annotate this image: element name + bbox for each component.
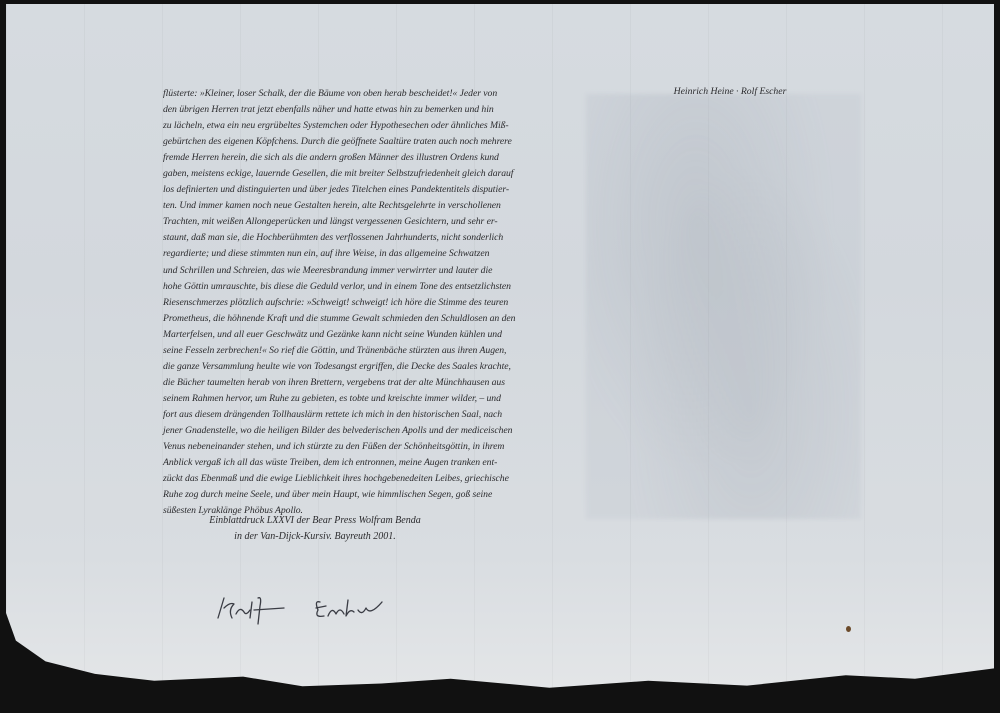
body-line: Trachten, mit weißen Allongeperücken und… (163, 214, 485, 230)
body-line: Anblick vergaß ich all das wüste Treiben… (163, 455, 485, 471)
body-text: flüsterte: »Kleiner, loser Schalk, der d… (163, 86, 485, 519)
body-line: flüsterte: »Kleiner, loser Schalk, der d… (163, 86, 485, 102)
body-line: fremde Herren herein, die sich als die a… (163, 150, 485, 166)
running-head: Heinrich Heine · Rolf Escher (660, 86, 800, 97)
body-line: Venus nebeneinander stehen, und ich stür… (163, 439, 485, 455)
body-line: ten. Und immer kamen noch neue Gestalten… (163, 198, 485, 214)
body-line: Riesenschmerzes plötzlich aufschrie: »Sc… (163, 295, 485, 311)
body-line: jener Gnadenstelle, wo die heiligen Bild… (163, 423, 485, 439)
signature (214, 592, 394, 626)
body-line: Prometheus, die höhnende Kraft und die s… (163, 311, 485, 327)
body-line: zu lächeln, etwa ein neu ergrübeltes Sys… (163, 118, 485, 134)
body-line: gaben, meistens eckige, lauernde Geselle… (163, 166, 485, 182)
colophon-line-2: in der Van-Dijck-Kursiv. Bayreuth 2001. (195, 529, 435, 545)
body-line: gebürtchen des eigenen Köpfchens. Durch … (163, 134, 485, 150)
body-line: zückt das Ebenmaß und die ewige Lieblich… (163, 471, 485, 487)
colophon-line-1: Einblattdruck LXXVI der Bear Press Wolfr… (195, 513, 435, 529)
body-line: die Bücher taumelten herab von ihren Bre… (163, 375, 485, 391)
body-line: Marterfelsen, und all euer Geschwätz und… (163, 327, 485, 343)
body-line: die ganze Versammlung heulte wie von Tod… (163, 359, 485, 375)
body-line: hohe Göttin umrauschte, bis diese die Ge… (163, 279, 485, 295)
etching-show-through (586, 94, 861, 519)
body-line: seinem Rahmen hervor, um Ruhe zu gebiete… (163, 391, 485, 407)
body-line: Ruhe zog durch meine Seele, und über mei… (163, 487, 485, 503)
body-line: staunt, daß man sie, die Hochberühmten d… (163, 230, 485, 246)
body-line: seine Fesseln zerbrechen!« So rief die G… (163, 343, 485, 359)
body-line: los definierten und distinguierten und ü… (163, 182, 485, 198)
colophon: Einblattdruck LXXVI der Bear Press Wolfr… (195, 513, 435, 545)
body-line: regardierte; und diese stimmten nun ein,… (163, 246, 485, 262)
body-line: fort aus diesem drängenden Tollhauslärm … (163, 407, 485, 423)
body-line: den übrigen Herren trat jetzt ebenfalls … (163, 102, 485, 118)
body-line: und Schrillen und Schreien, das wie Meer… (163, 263, 485, 279)
foxing-spot (846, 626, 851, 632)
